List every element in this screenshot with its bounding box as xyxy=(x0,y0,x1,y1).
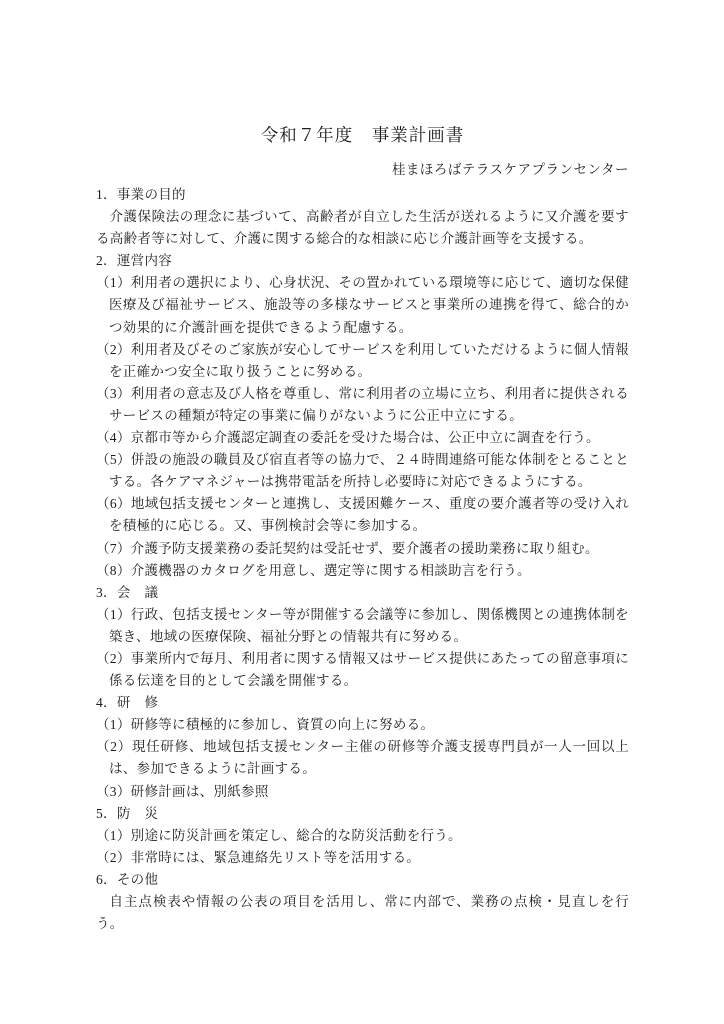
section-item: （1）研修等に積極的に参加し、資質の向上に努める。 xyxy=(96,714,629,736)
section-item: （4）京都市等から介護認定調査の委託を受けた場合は、公正中立に調査を行う。 xyxy=(96,427,629,449)
section-item: （1）利用者の選択により、心身状況、その置かれている環境等に応じて、適切な保健医… xyxy=(96,272,629,338)
section-heading: 4．研 修 xyxy=(96,692,629,714)
section: 6．その他自主点検表や情報の公表の項目を活用し、常に内部で、業務の点検・見直しを… xyxy=(96,869,629,935)
section: 1．事業の目的介護保険法の理念に基づいて、高齢者が自立した生活が送れるように又介… xyxy=(96,184,629,250)
document-content: 令和７年度 事業計画書 桂まほろばテラスケアプランセンター 1．事業の目的介護保… xyxy=(96,122,629,935)
section: 3．会 議（1）行政、包括支援センター等が開催する会議等に参加し、関係機関との連… xyxy=(96,582,629,692)
document-subtitle: 桂まほろばテラスケアプランセンター xyxy=(96,159,629,181)
document-page: 令和７年度 事業計画書 桂まほろばテラスケアプランセンター 1．事業の目的介護保… xyxy=(0,0,724,1024)
document-sections: 1．事業の目的介護保険法の理念に基づいて、高齢者が自立した生活が送れるように又介… xyxy=(96,184,629,935)
section-heading: 3．会 議 xyxy=(96,582,629,604)
section: 4．研 修（1）研修等に積極的に参加し、資質の向上に努める。（2）現任研修、地域… xyxy=(96,692,629,802)
section-item: （1）行政、包括支援センター等が開催する会議等に参加し、関係機関との連携体制を築… xyxy=(96,604,629,648)
section-heading: 2．運営内容 xyxy=(96,250,629,272)
section: 2．運営内容（1）利用者の選択により、心身状況、その置かれている環境等に応じて、… xyxy=(96,250,629,581)
document-title: 令和７年度 事業計画書 xyxy=(96,122,629,148)
section-item: （1）別途に防災計画を策定し、総合的な防災活動を行う。 xyxy=(96,825,629,847)
section: 5．防 災（1）別途に防災計画を策定し、総合的な防災活動を行う。（2）非常時には… xyxy=(96,803,629,869)
section-paragraph: 介護保険法の理念に基づいて、高齢者が自立した生活が送れるように又介護を要する高齢… xyxy=(96,206,629,250)
section-item: （7）介護予防支援業務の委託契約は受託せず、要介護者の援助業務に取り組む。 xyxy=(96,538,629,560)
section-item: （5）併設の施設の職員及び宿直者等の協力で、２４時間連絡可能な体制をとることとす… xyxy=(96,449,629,493)
section-heading: 5．防 災 xyxy=(96,803,629,825)
section-item: （3）研修計画は、別紙参照 xyxy=(96,781,629,803)
section-paragraph: 自主点検表や情報の公表の項目を活用し、常に内部で、業務の点検・見直しを行う。 xyxy=(96,891,629,935)
section-item: （6）地域包括支援センターと連携し、支援困難ケース、重度の要介護者等の受け入れを… xyxy=(96,493,629,537)
section-heading: 6．その他 xyxy=(96,869,629,891)
section-item: （3）利用者の意志及び人格を尊重し、常に利用者の立場に立ち、利用者に提供されるサ… xyxy=(96,383,629,427)
section-heading: 1．事業の目的 xyxy=(96,184,629,206)
section-item: （2）利用者及びそのご家族が安心してサービスを利用していただけるように個人情報を… xyxy=(96,339,629,383)
section-item: （2）事業所内で毎月、利用者に関する情報又はサービス提供にあたっての留意事項に係… xyxy=(96,648,629,692)
section-item: （2）現任研修、地域包括支援センター主催の研修等介護支援専門員が一人一回以上は、… xyxy=(96,736,629,780)
section-item: （2）非常時には、緊急連絡先リスト等を活用する。 xyxy=(96,847,629,869)
section-item: （8）介護機器のカタログを用意し、選定等に関する相談助言を行う。 xyxy=(96,560,629,582)
